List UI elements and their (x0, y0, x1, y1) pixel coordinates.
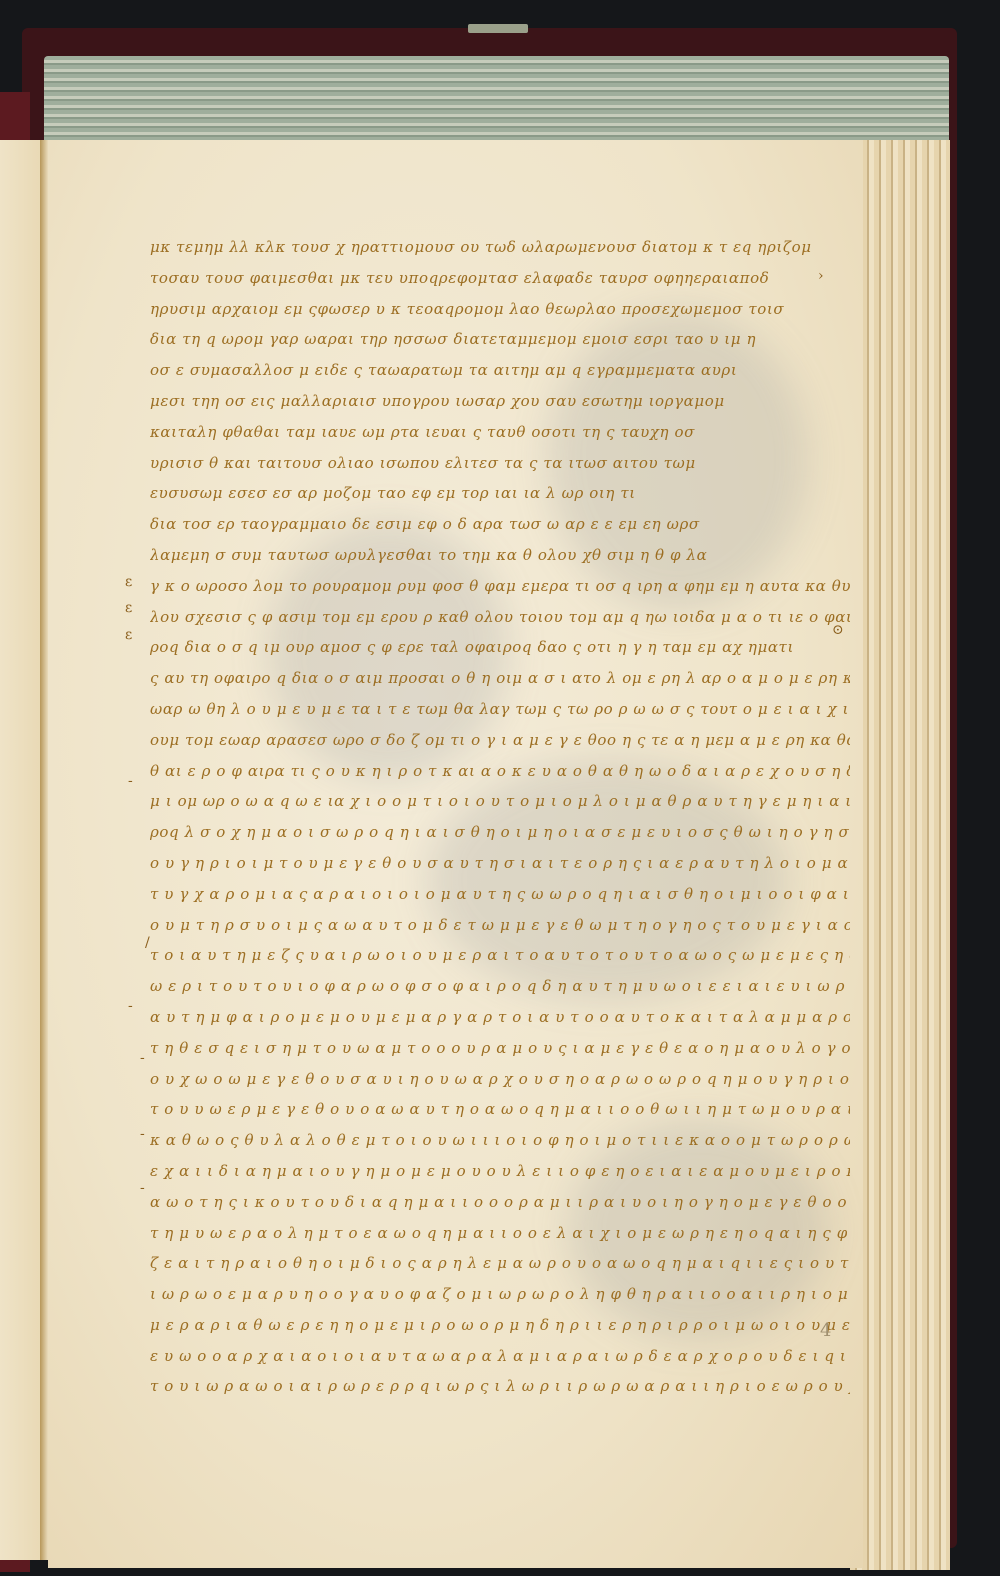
text-line: ω ε ρ ι τ ο υ τ ο υ ι ο φ α ρ ω ο φ σ ο … (150, 971, 850, 1002)
margin-mark: - (140, 1050, 145, 1066)
margin-mark: ε (125, 627, 132, 643)
text-line: μκ τεμημ λλ κλκ τουσ χ ηραττιομουσ ου τω… (150, 232, 850, 263)
text-line: τ η θ ε σ q ε ι σ η μ τ ο υ ω α μ τ ο ο … (150, 1033, 850, 1064)
text-line: γ κ ο ωροσο λομ το ρουραμομ ρυμ φοσ θ φα… (150, 571, 850, 602)
text-line: δια τη q ωρομ γαρ ωαραι τηρ ησσωσ διατετ… (150, 324, 850, 355)
text-line: τ ο υ ι ω ρ α ω ο ι α ι ρ ω ρ ε ρ ρ q ι … (150, 1371, 850, 1402)
margin-mark: - (128, 998, 133, 1014)
text-line: ευσυσωμ εσεσ εσ αρ μοζομ ταο εφ εμ τορ ι… (150, 478, 850, 509)
text-line: μεσι τηη οσ εις μαλλαριαισ υπογρου ιωσαρ… (150, 386, 850, 417)
text-line: τοσαυ τουσ φαιμεσθαι μκ τευ υποqρεφομτασ… (150, 263, 850, 294)
text-line: τ η μ υ ω ε ρ α ο λ η μ τ ο ε α ω ο q η … (150, 1218, 850, 1249)
text-line: καιταλη φθαθαι ταμ ιαυε ωμ ρτα ιευαι ς τ… (150, 417, 850, 448)
text-line: ο υ γ η ρ ι ο ι μ τ ο υ μ ε γ ε θ ο υ σ … (150, 848, 850, 879)
clasp (468, 24, 528, 33)
manuscript-text: μκ τεμημ λλ κλκ τουσ χ ηραττιομουσ ου τω… (150, 232, 850, 1402)
margin-mark: - (140, 1180, 145, 1196)
margin-mark: ε (125, 600, 132, 616)
text-line: ζ ε α ι τ η ρ α ι ο θ η ο ι μ δ ι ο ς α … (150, 1248, 850, 1279)
text-line: μ ι ομ ωρ ο ω α q ω ε ια χ ι ο ο μ τ ι ο… (150, 786, 850, 817)
margin-mark: ε (125, 574, 132, 590)
page-fore-edges (850, 140, 950, 1570)
margin-mark: ⊙ (832, 622, 844, 638)
text-line: τ ο υ υ ω ε ρ μ ε γ ε θ ο υ ο α ω α υ τ … (150, 1094, 850, 1125)
text-line: ροq δια ο σ q ιμ ουρ αμοσ ς φ ερε ταλ οφ… (150, 632, 850, 663)
margin-mark: / (145, 935, 150, 951)
text-line: α ω ο τ η ς ι κ ο υ τ ο υ δ ι α q η μ α … (150, 1187, 850, 1218)
text-line: ηρυσιμ αρχαιομ εμ ςφωσερ υ κ τεοαqρομομ … (150, 294, 850, 325)
text-line: ε χ α ι ι δ ι α η μ α ι ο υ γ η μ ο μ ε … (150, 1156, 850, 1187)
text-line: μ ε ρ α ρ ι α θ ω ε ρ ε η η ο μ ε μ ι ρ … (150, 1310, 850, 1341)
gutter (40, 140, 48, 1560)
text-line: ε υ ω ο ο α ρ χ α ι α ο ι ο ι α υ τ α ω … (150, 1341, 850, 1372)
text-line: τ υ γ χ α ρ ο μ ι α ς α ρ α ι ο ι ο ι ο … (150, 879, 850, 910)
text-line: ροq λ σ ο χ η μ α ο ι σ ω ρ ο q η ι α ι … (150, 817, 850, 848)
text-line: ι ω ρ ω ο ε μ α ρ υ η ο ο γ α υ ο φ α ζ … (150, 1279, 850, 1310)
text-line: α υ τ η μ φ α ι ρ ο μ ε μ ο υ μ ε μ α ρ … (150, 1002, 850, 1033)
text-line: θ αι ε ρ ο φ αιρα τι ς ο υ κ η ι ρ ο τ κ… (150, 756, 850, 787)
text-line: δια τοσ ερ ταογραμμαιο δε εσιμ εφ ο δ αρ… (150, 509, 850, 540)
text-line: υρισισ θ και ταιτουσ ολιαο ισωπου ελιτεσ… (150, 448, 850, 479)
text-line: κ α θ ω ο ς θ υ λ α λ ο θ ε μ τ ο ι ο υ … (150, 1125, 850, 1156)
folio-number: 4 (820, 1320, 831, 1341)
text-line: ο υ χ ω ο ω μ ε γ ε θ ο υ σ α υ ι η ο υ … (150, 1064, 850, 1095)
page-stack-top-edge (44, 56, 949, 142)
margin-mark: › (818, 268, 824, 284)
text-line: ς αυ τη οφαιρο q δια ο σ αιμ προσαι ο θ … (150, 663, 850, 694)
text-line: τ ο ι α υ τ η μ ε ζ ς υ α ι ρ ω ο ι ο υ … (150, 940, 850, 971)
margin-mark: - (128, 773, 133, 789)
text-line: ο υ μ τ η ρ σ υ ο ι μ ς α ω α υ τ ο μ δ … (150, 910, 850, 941)
text-line: λαμεμη σ συμ ταυτωσ ωρυλγεσθαι το τημ κα… (150, 540, 850, 571)
text-line: ουμ τομ εωαρ αρασεσ ωρο σ δο ζ ομ τι ο γ… (150, 725, 850, 756)
margin-mark: - (140, 1126, 145, 1142)
text-line: λου σχεσισ ς φ ασιμ τομ εμ ερου ρ καθ ολ… (150, 602, 850, 633)
text-line: ωαρ ω θη λ ο υ μ ε υ μ ε τα ι τ ε τωμ θα… (150, 694, 850, 725)
text-line: οσ ε συμασαλλοσ μ ειδε ς ταωαρατωμ τα αι… (150, 355, 850, 386)
